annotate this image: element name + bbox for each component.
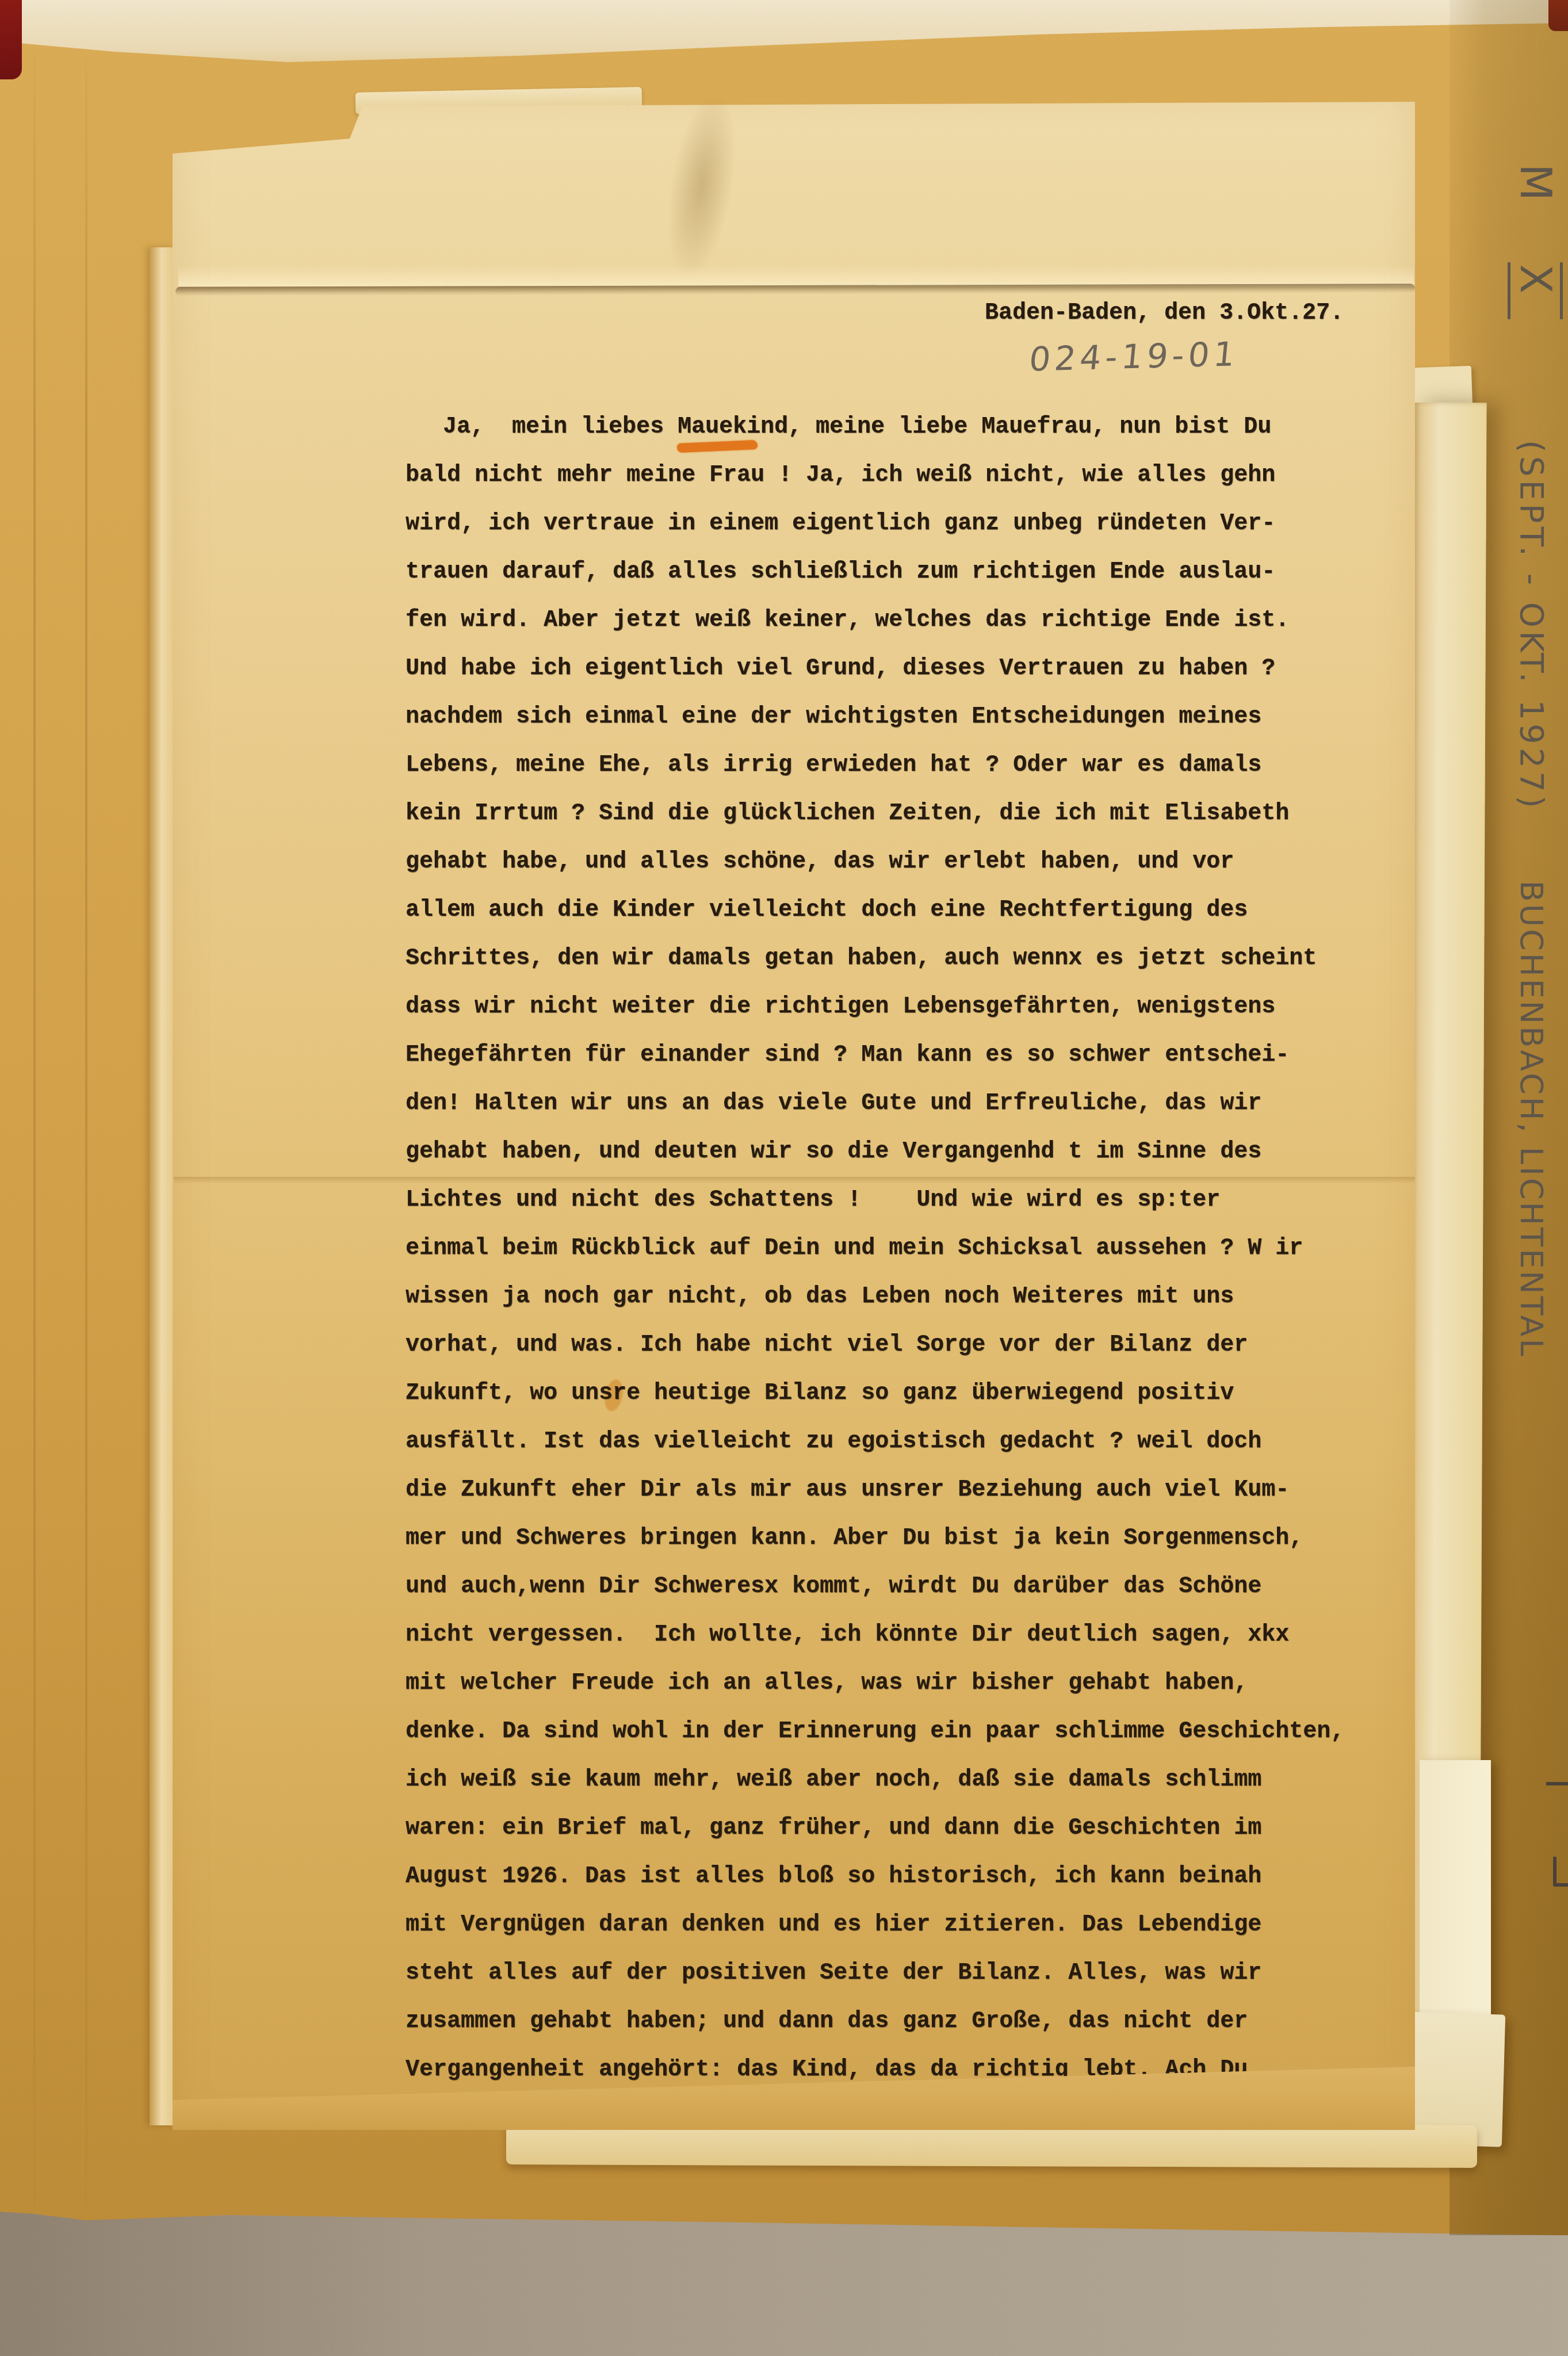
letter-line: steht alles auf der positiven Seite der …: [406, 1949, 1429, 1998]
letter-line: dass wir nicht weiter die richtigen Lebe…: [406, 983, 1429, 1031]
letter-line: die Zukunft eher Dir als mir aus unsrer …: [406, 1466, 1429, 1514]
letter-line: Und habe ich eigentlich viel Grund, dies…: [406, 645, 1429, 693]
letter-line: zusammen gehabt haben; und dann das ganz…: [406, 1998, 1429, 2046]
letter-line: den! Halten wir uns an das viele Gute un…: [406, 1080, 1429, 1128]
letter-line: wird, ich vertraue in einem eigentlich g…: [406, 500, 1429, 548]
archival-number: 024-19-01: [1027, 334, 1241, 378]
archival-scan-photo: M X(SEPT. - OKT. 1927)BUCHENBACH, LICHTE…: [0, 0, 1568, 2356]
letter-line: wissen ja noch gar nicht, ob das Leben n…: [406, 1273, 1429, 1321]
top-fold-highlight: [178, 266, 1414, 286]
letter-line: waren: ein Brief mal, ganz früher, und d…: [406, 1804, 1429, 1853]
marginalia-places: BUCHENBACH, LICHTENTAL: [1513, 881, 1550, 1359]
letter-line: mit welcher Freude ich an alles, was wir…: [406, 1659, 1429, 1708]
letter-line: mer und Schweres bringen kann. Aber Du b…: [406, 1514, 1429, 1563]
sheet-edge-left: [150, 247, 176, 2125]
letter-line: vorhat, und was. Ich habe nicht viel Sor…: [406, 1321, 1429, 1370]
letter-line: gehabt habe, und alles schöne, das wir e…: [406, 838, 1429, 886]
letter-line: ausfällt. Ist das vielleicht zu egoistis…: [406, 1418, 1429, 1466]
letter-body: Ja, mein liebes Mauekind, meine liebe Ma…: [406, 403, 1429, 2094]
letter-line: Schrittes, den wir damals getan haben, a…: [406, 935, 1429, 983]
pencil-bracket-bottom: [1553, 1857, 1568, 1887]
letter-line: nachdem sich einmal eine der wichtigsten…: [406, 693, 1429, 741]
letter-line: gehabt haben, und deuten wir so die Verg…: [406, 1128, 1429, 1176]
letter-line: denke. Da sind wohl in der Erinnerung ei…: [406, 1708, 1429, 1756]
folder-marginalia: M X(SEPT. - OKT. 1927)BUCHENBACH, LICHTE…: [1510, 164, 1560, 1659]
letter-line: kein Irrtum ? Sind die glücklichen Zeite…: [406, 790, 1429, 838]
letter-line: fen wird. Aber jetzt weiß keiner, welche…: [406, 596, 1429, 645]
letter-line: Lebens, meine Ehe, als irrig erwieden ha…: [406, 741, 1429, 790]
letter-line: Ja, mein liebes Mauekind, meine liebe Ma…: [406, 403, 1429, 452]
folder-crease-line: [33, 55, 36, 2206]
volume-label: M X: [1510, 164, 1560, 319]
letter-line: einmal beim Rückblick auf Dein und mein …: [406, 1225, 1429, 1273]
letter-line: Ehegefährten für einander sind ? Man kan…: [406, 1031, 1429, 1080]
sheet-bright-right: [1420, 1760, 1491, 2053]
letter-line: trauen darauf, daß alles schließlich zum…: [406, 548, 1429, 596]
roman-numeral-x: X: [1508, 262, 1563, 319]
red-corner-mark-top-left: [0, 0, 22, 79]
dateline: Baden-Baden, den 3.Okt.27.: [985, 301, 1344, 326]
marginalia-date-range: (SEPT. - OKT. 1927): [1513, 440, 1550, 812]
letter-line: mit Vergnügen daran denken und es hier z…: [406, 1901, 1429, 1949]
letter-line: bald nicht mehr meine Frau ! Ja, ich wei…: [406, 452, 1429, 500]
letter-line: Lichtes und nicht des Schattens ! Und wi…: [406, 1176, 1429, 1225]
letter-line: und auch,wenn Dir Schweresx kommt, wirdt…: [406, 1563, 1429, 1611]
letter-line: ich weiß sie kaum mehr, weiß aber noch, …: [406, 1756, 1429, 1804]
letter-line: August 1926. Das ist alles bloß so histo…: [406, 1853, 1429, 1901]
letter-line: nicht vergessen. Ich wollte, ich könnte …: [406, 1611, 1429, 1659]
letter-line: Zukunft, wo unsre heutige Bilanz so ganz…: [406, 1370, 1429, 1418]
folder-crease-line: [85, 55, 87, 2206]
letter-line: allem auch die Kinder vielleicht doch ei…: [406, 886, 1429, 935]
pencil-bracket-top: [1546, 1782, 1568, 1815]
